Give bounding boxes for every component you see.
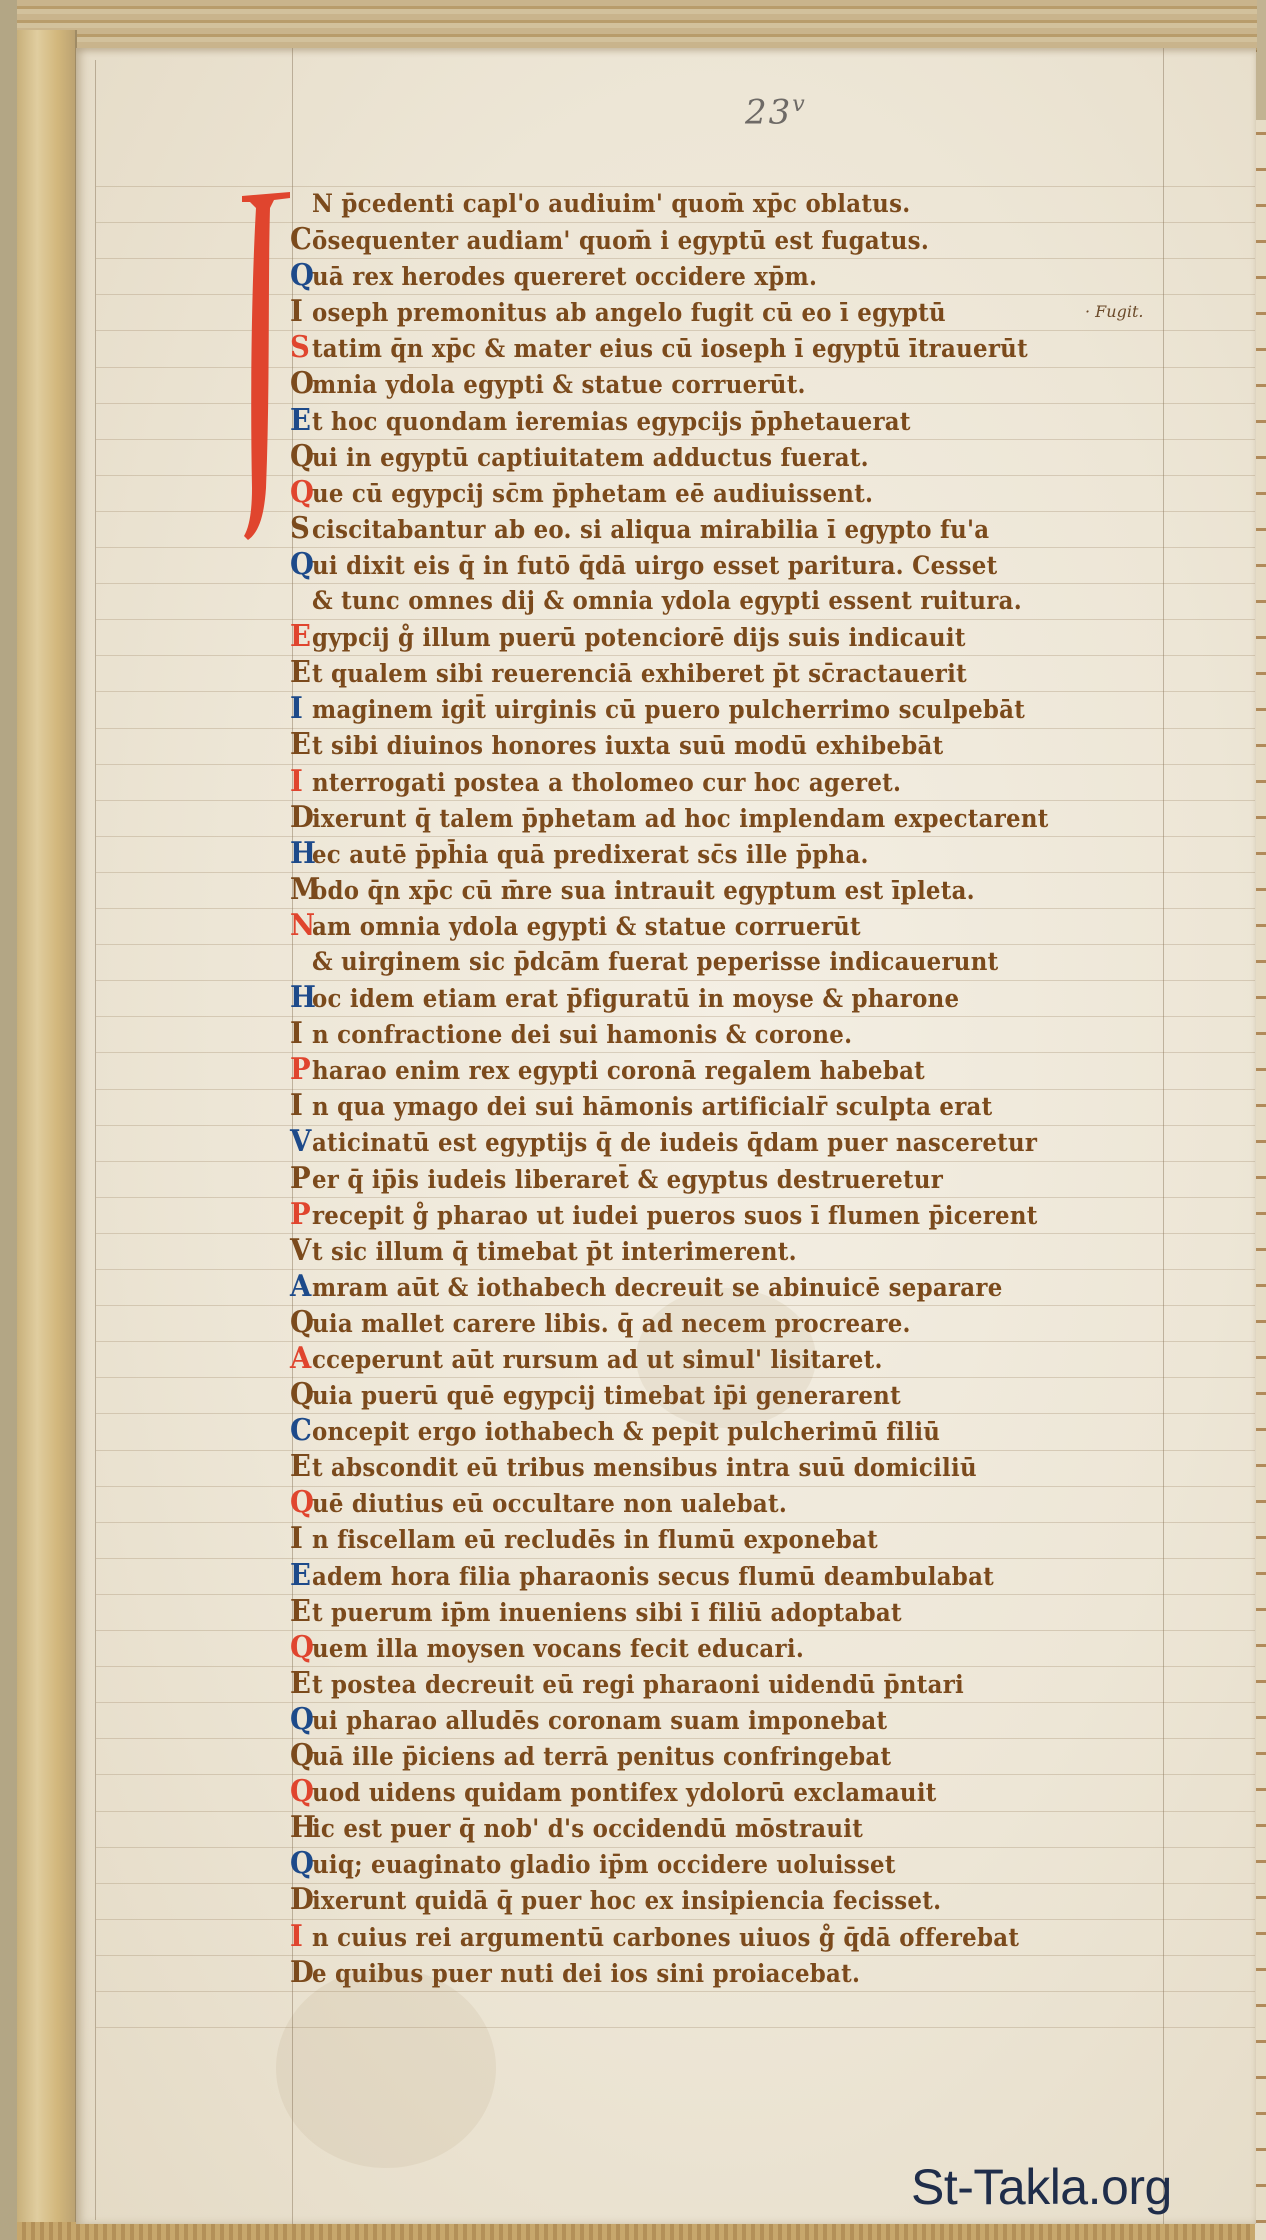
rubricated-initial-red: Q — [290, 475, 310, 511]
line-initial: V — [290, 1233, 310, 1269]
line-text: aticinatū est egyptijs q̄ de iudeis q̄da… — [312, 1128, 1037, 1157]
line-text: uā rex herodes quereret occidere xp̄m. — [312, 262, 817, 291]
line-text: ciscitabantur ab eo. si aliqua mirabilia… — [312, 515, 989, 544]
line-initial: E — [290, 1666, 310, 1702]
folio-side: v — [792, 92, 806, 117]
line-initial: D — [290, 1882, 310, 1918]
manuscript-line: Quia mallet carere libis. q̄ ad necem pr… — [290, 1305, 1150, 1341]
manuscript-line: Hic est puer q̄ nob' d's occidendū mōstr… — [290, 1810, 1150, 1846]
manuscript-line: Interrogati postea a tholomeo cur hoc ag… — [290, 764, 1150, 800]
manuscript-line: Que cū egypcij sc̄m p̄phetam eē audiuiss… — [290, 475, 1150, 511]
line-text: t puerum ip̄m inueniens sibi ī filiū ado… — [312, 1598, 902, 1627]
line-text: uiq; euaginato gladio ip̄m occidere uolu… — [312, 1850, 896, 1879]
manuscript-line: Dixerunt quidā q̄ puer hoc ex insipienci… — [290, 1882, 1150, 1918]
manuscript-line: Acceperunt aūt rursum ad ut simul' lisit… — [290, 1341, 1150, 1377]
line-text: oc idem etiam erat p̄figuratū in moyse &… — [312, 984, 959, 1013]
line-initial: Q — [290, 1305, 310, 1341]
line-text: nterrogati postea a tholomeo cur hoc age… — [312, 768, 901, 797]
line-text: ue cū egypcij sc̄m p̄phetam eē audiuisse… — [312, 479, 873, 508]
line-text: uod uidens quidam pontifex ydolorū excla… — [312, 1778, 937, 1807]
rubricated-initial-red: Q — [290, 1485, 310, 1521]
manuscript-line: Et postea decreuit eū regi pharaoni uide… — [290, 1666, 1150, 1702]
manuscript-line: Dixerunt q̄ talem p̄phetam ad hoc implen… — [290, 800, 1150, 836]
manuscript-line: Vt sic illum q̄ timebat p̄t interimerent… — [290, 1233, 1150, 1269]
adjacent-page-edge — [1255, 120, 1266, 2240]
line-initial: E — [290, 1594, 310, 1630]
illuminated-initial-I — [240, 188, 292, 546]
line-initial: I — [290, 294, 310, 330]
manuscript-line: Cōsequenter audiam' quom̄ i egyptū est f… — [290, 222, 1150, 258]
manuscript-line: Ioseph premonitus ab angelo fugit cū eo … — [290, 294, 1150, 330]
rubricated-initial-blue: Q — [290, 258, 310, 294]
line-text: & tunc omnes dij & omnia ydola egypti es… — [312, 586, 1022, 615]
rubricated-initial-red: I — [290, 764, 310, 800]
line-initial: Q — [290, 1377, 310, 1413]
folio-number-value: 23 — [745, 92, 792, 132]
manuscript-line: Hec autē p̄ph̄ia quā predixerat sc̄s ill… — [290, 836, 1150, 872]
rubricated-initial-blue: A — [290, 1269, 310, 1305]
manuscript-line: Eadem hora filia pharaonis secus flumū d… — [290, 1558, 1150, 1594]
line-initial: Q — [290, 439, 310, 475]
manuscript-line: Qui in egyptū captiuitatem adductus fuer… — [290, 439, 1150, 475]
line-text: uem illa moysen vocans fecit educari. — [312, 1634, 804, 1663]
folio-number: 23v — [745, 92, 807, 132]
manuscript-line: In qua ymago dei sui hāmonis artificialr… — [290, 1088, 1150, 1124]
manuscript-line: In cuius rei argumentū carbones uiuos g̊… — [290, 1919, 1150, 1955]
manuscript-line: Quē diutius eū occultare non ualebat. — [290, 1485, 1150, 1521]
manuscript-line: Precepit g̊ pharao ut iudei pueros suos … — [290, 1197, 1150, 1233]
manuscript-line: Hoc idem etiam erat p̄figuratū in moyse … — [290, 980, 1150, 1016]
line-initial: H — [290, 1810, 310, 1846]
manuscript-line: In confractione dei sui hamonis & corone… — [290, 1016, 1150, 1052]
line-text: ec autē p̄ph̄ia quā predixerat sc̄s ille… — [312, 840, 869, 869]
line-text: t postea decreuit eū regi pharaoni uiden… — [312, 1670, 964, 1699]
line-text: ic est puer q̄ nob' d's occidendū mōstra… — [312, 1814, 863, 1843]
line-text: ui in egyptū captiuitatem adductus fuera… — [312, 443, 869, 472]
outer-left-ruling-line — [95, 60, 96, 2220]
rubricated-initial-blue: H — [290, 836, 310, 872]
manuscript-line: Et puerum ip̄m inueniens sibi ī filiū ad… — [290, 1594, 1150, 1630]
line-text: mram aūt & iothabech decreuit se abinuic… — [312, 1273, 1003, 1302]
rubricated-initial-blue: E — [290, 1558, 310, 1594]
line-text: uia puerū quē egypcij timebat ip̄i gener… — [312, 1381, 901, 1410]
manuscript-line: Quā ille p̄iciens ad terrā penitus confr… — [290, 1738, 1150, 1774]
manuscript-line: Quia puerū quē egypcij timebat ip̄i gene… — [290, 1377, 1150, 1413]
line-initial: D — [290, 800, 310, 836]
rubricated-initial-red: I — [290, 1919, 310, 1955]
line-text: ixerunt quidā q̄ puer hoc ex insipiencia… — [312, 1886, 941, 1915]
line-text: t abscondit eū tribus mensibus intra suū… — [312, 1453, 977, 1482]
line-text: N p̄cedenti capl'o audiuim' quom̄ xp̄c o… — [312, 189, 910, 218]
line-initial: E — [290, 727, 310, 763]
rubricated-initial-blue: Q — [290, 1702, 310, 1738]
line-text: & uirginem sic p̄dcām fuerat peperisse i… — [312, 947, 998, 976]
line-initial: I — [290, 1521, 310, 1557]
line-text: ixerunt q̄ talem p̄phetam ad hoc implend… — [312, 804, 1049, 833]
manuscript-line: In fiscellam eū recludēs in flumū expone… — [290, 1521, 1150, 1557]
parchment-stain — [276, 1968, 496, 2168]
line-text: t qualem sibi reuerenciā exhiberet p̄t s… — [312, 659, 967, 688]
line-text: gypcij g̊ illum puerū potenciorē dijs su… — [312, 623, 966, 652]
manuscript-line: Statim q̄n xp̄c & mater eius cū ioseph ī… — [290, 330, 1150, 366]
line-text: am omnia ydola egypti & statue corruerūt — [312, 912, 861, 941]
line-text: t sic illum q̄ timebat p̄t interimerent. — [312, 1237, 797, 1266]
binding-top-edge — [17, 0, 1257, 52]
manuscript-line: & tunc omnes dij & omnia ydola egypti es… — [290, 583, 1150, 619]
manuscript-line: & uirginem sic p̄dcām fuerat peperisse i… — [290, 944, 1150, 980]
rubricated-initial-blue: I — [290, 691, 310, 727]
line-text: t hoc quondam ieremias egypcijs p̄phetau… — [312, 407, 911, 436]
manuscript-text-block: N p̄cedenti capl'o audiuim' quom̄ xp̄c o… — [290, 186, 1230, 1991]
line-text: n cuius rei argumentū carbones uiuos g̊ … — [312, 1923, 1019, 1952]
line-text: mnia ydola egypti & statue corruerūt. — [312, 370, 806, 399]
line-initial: E — [290, 1449, 310, 1485]
rubricated-initial-blue: H — [290, 980, 310, 1016]
binding-left-gutter — [17, 30, 77, 2240]
manuscript-line: Quā rex herodes quereret occidere xp̄m. — [290, 258, 1150, 294]
line-text: er q̄ ip̄is iudeis liberaret̄ & egyptus … — [312, 1165, 943, 1194]
line-initial: P — [290, 1161, 310, 1197]
line-text: oncepit ergo iothabech & pepit pulcherim… — [312, 1417, 940, 1446]
rubricated-initial-red: S — [290, 330, 310, 366]
line-text: ui pharao alludēs coronam suam imponebat — [312, 1706, 887, 1735]
rubricated-initial-red: P — [290, 1052, 310, 1088]
line-text: n confractione dei sui hamonis & corone. — [312, 1020, 852, 1049]
line-text: cceperunt aūt rursum ad ut simul' lisita… — [312, 1345, 883, 1374]
rubricated-initial-red: Q — [290, 1630, 310, 1666]
binding-bottom-edge — [17, 2222, 1257, 2240]
manuscript-line: Quiq; euaginato gladio ip̄m occidere uol… — [290, 1846, 1150, 1882]
manuscript-line: Et sibi diuinos honores iuxta suū modū e… — [290, 727, 1150, 763]
line-text: ōsequenter audiam' quom̄ i egyptū est fu… — [312, 226, 929, 255]
line-text: tatim q̄n xp̄c & mater eius cū ioseph ī … — [312, 334, 1028, 363]
manuscript-line: Qui pharao alludēs coronam suam imponeba… — [290, 1702, 1150, 1738]
manuscript-line: Pharao enim rex egypti coronā regalem ha… — [290, 1052, 1150, 1088]
rubricated-initial-blue: E — [290, 403, 310, 439]
rubricated-initial-blue: Q — [290, 547, 310, 583]
line-initial: Q — [290, 1738, 310, 1774]
manuscript-line: Et qualem sibi reuerenciā exhiberet p̄t … — [290, 655, 1150, 691]
rubricated-initial-blue: V — [290, 1124, 310, 1160]
line-text: uia mallet carere libis. q̄ ad necem pro… — [312, 1309, 911, 1338]
line-text: n qua ymago dei sui hāmonis artificialr̄… — [312, 1092, 993, 1121]
watermark-text: St-Takla.org — [911, 2158, 1172, 2216]
rubricated-initial-red: P — [290, 1197, 310, 1233]
manuscript-line: Imaginem igit̄ uirginis cū puero pulcher… — [290, 691, 1150, 727]
line-initial: E — [290, 655, 310, 691]
manuscript-line: Nam omnia ydola egypti & statue corruerū… — [290, 908, 1150, 944]
manuscript-line: Et hoc quondam ieremias egypcijs p̄pheta… — [290, 403, 1150, 439]
line-text: harao enim rex egypti coronā regalem hab… — [312, 1056, 925, 1085]
manuscript-line: Amram aūt & iothabech decreuit se abinui… — [290, 1269, 1150, 1305]
manuscript-line: Omnia ydola egypti & statue corruerūt. — [290, 366, 1150, 402]
line-initial: S — [290, 511, 310, 547]
line-text: maginem igit̄ uirginis cū puero pulcherr… — [312, 695, 1025, 724]
manuscript-line: Vaticinatū est egyptijs q̄ de iudeis q̄d… — [290, 1124, 1150, 1160]
line-text: uā ille p̄iciens ad terrā penitus confri… — [312, 1742, 891, 1771]
line-initial: I — [290, 1088, 310, 1124]
line-text: adem hora filia pharaonis secus flumū de… — [312, 1562, 994, 1591]
manuscript-line: Sciscitabantur ab eo. si aliqua mirabili… — [290, 511, 1150, 547]
manuscript-line: Et abscondit eū tribus mensibus intra su… — [290, 1449, 1150, 1485]
line-initial: M — [290, 872, 310, 908]
line-initial: I — [290, 1016, 310, 1052]
manuscript-line: Quod uidens quidam pontifex ydolorū excl… — [290, 1774, 1150, 1810]
line-initial: O — [290, 366, 310, 402]
ruling-line — [96, 2027, 1255, 2028]
line-text: n fiscellam eū recludēs in flumū exponeb… — [312, 1525, 878, 1554]
manuscript-line: Egypcij g̊ illum puerū potenciorē dijs s… — [290, 619, 1150, 655]
line-text: t sibi diuinos honores iuxta suū modū ex… — [312, 731, 944, 760]
line-text: e quibus puer nuti dei ios sini proiaceb… — [312, 1959, 860, 1988]
rubricated-initial-red: A — [290, 1341, 310, 1377]
manuscript-line: Quem illa moysen vocans fecit educari. — [290, 1630, 1150, 1666]
rubricated-initial-blue: Q — [290, 1846, 310, 1882]
rubricated-initial-red: E — [290, 619, 310, 655]
manuscript-line: Per q̄ ip̄is iudeis liberaret̄ & egyptus… — [290, 1161, 1150, 1197]
line-text: uē diutius eū occultare non ualebat. — [312, 1489, 787, 1518]
line-initial: D — [290, 1955, 310, 1991]
rubricated-initial-blue: C — [290, 1413, 310, 1449]
ruling-line — [96, 1991, 1255, 1992]
manuscript-line: Concepit ergo iothabech & pepit pulcheri… — [290, 1413, 1150, 1449]
manuscript-line: N p̄cedenti capl'o audiuim' quom̄ xp̄c o… — [290, 186, 1150, 222]
manuscript-line: De quibus puer nuti dei ios sini proiace… — [290, 1955, 1150, 1991]
rubricated-initial-red: Q — [290, 1774, 310, 1810]
rubricated-initial-red: N — [290, 908, 310, 944]
line-text: odo q̄n xp̄c cū m̄re sua intrauit egyptu… — [312, 876, 975, 905]
manuscript-line: Modo q̄n xp̄c cū m̄re sua intrauit egypt… — [290, 872, 1150, 908]
line-text: oseph premonitus ab angelo fugit cū eo ī… — [312, 298, 946, 327]
line-text: ui dixit eis q̄ in futō q̄dā uirgo esset… — [312, 551, 997, 580]
line-initial: C — [290, 222, 310, 258]
line-text: recepit g̊ pharao ut iudei pueros suos ī… — [312, 1201, 1038, 1230]
manuscript-line: Qui dixit eis q̄ in futō q̄dā uirgo esse… — [290, 547, 1150, 583]
